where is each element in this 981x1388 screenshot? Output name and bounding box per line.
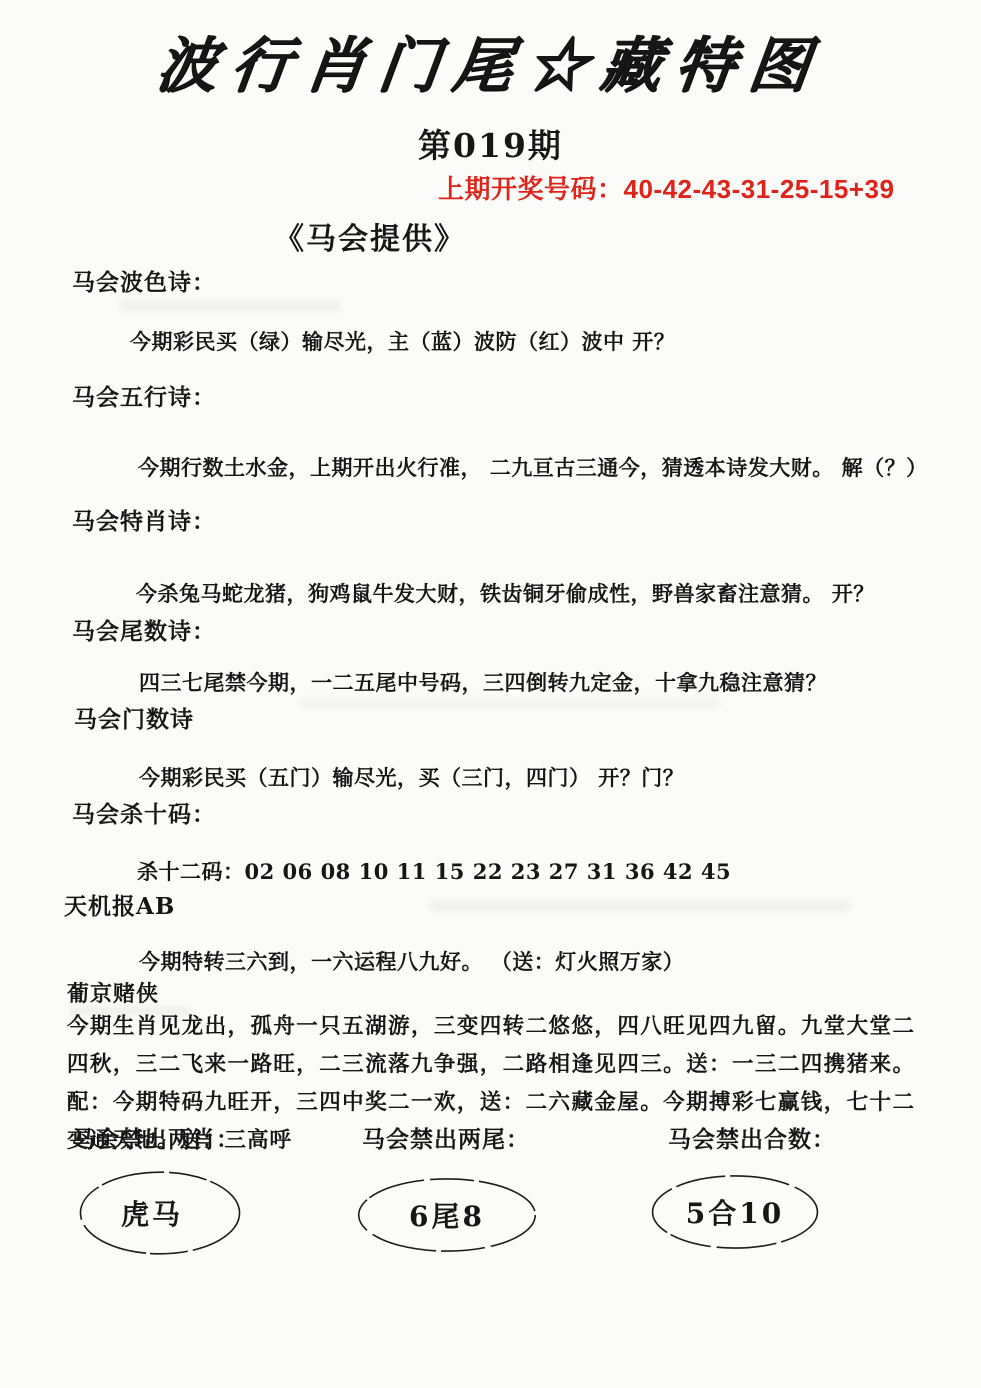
ban-label-two-zodiacs: 马会禁出两肖：	[72, 1121, 240, 1154]
banned-sum-oval: 5合10	[650, 1174, 820, 1250]
poem-line-wave-color: 今期彩民买（绿）输尽光，主（蓝）波防（红）波中 开？	[130, 326, 675, 356]
poem-line-special-zodiac: 今杀兔马蛇龙猪，狗鸡鼠牛发大财，铁齿铜牙偷成性，野兽家畜注意猜。 开？	[136, 578, 875, 608]
sheet-title: 波行肖门尾☆藏特图	[0, 18, 981, 104]
killed-codes-list: 杀十二码：02 06 08 10 11 15 22 23 27 31 36 42…	[137, 856, 731, 886]
ban-label-sum-number: 马会禁出合数：	[668, 1121, 836, 1154]
scan-noise	[430, 900, 850, 912]
banned-zodiacs-value: 虎马	[121, 1193, 183, 1233]
poem-line-tail-number: 四三七尾禁今期，一二五尾中号码，三四倒转九定金，十拿九稳注意猜？	[139, 667, 827, 697]
section-label-five-elements-poem: 马会五行诗：	[72, 379, 216, 412]
pujing-gambler-label: 葡京赌侠	[67, 977, 159, 1008]
section-label-special-zodiac-poem: 马会特肖诗：	[72, 503, 216, 536]
poem-line-gate-number: 今期彩民买（五门）输尽光，买（三门，四门） 开？门？	[139, 762, 684, 792]
section-label-gate-number-poem: 马会门数诗	[74, 701, 194, 734]
section-label-killed-codes: 马会杀十码：	[72, 796, 216, 829]
scan-noise	[120, 300, 340, 312]
section-label-tail-number-poem: 马会尾数诗：	[72, 613, 216, 646]
banned-tails-oval: 6尾8	[356, 1177, 538, 1253]
banned-sum-value: 5合10	[686, 1192, 784, 1232]
banned-tails-value: 6尾8	[409, 1195, 485, 1235]
section-label-wave-color-poem: 马会波色诗：	[72, 264, 216, 297]
ban-label-two-tails: 马会禁出两尾：	[362, 1121, 530, 1154]
scan-noise	[300, 698, 720, 708]
poem-line-five-elements: 今期行数土水金，上期开出火行准， 二九亘古三通今，猜透本诗发大财。 解（？）	[138, 452, 928, 482]
tianji-report-line: 今期特转三六到，一六运程八九好。 （送：灯火照万家）	[139, 946, 684, 976]
banned-zodiacs-oval: 虎马	[78, 1170, 242, 1256]
last-draw-numbers: 上期开奖号码：40-42-43-31-25-15+39	[438, 169, 894, 206]
issue-number: 第019期	[0, 120, 981, 167]
provider-note: 《马会提供》	[274, 214, 466, 258]
section-label-tianji-report: 天机报AB	[64, 888, 175, 921]
tip-sheet-page: 波行肖门尾☆藏特图 第019期 上期开奖号码：40-42-43-31-25-15…	[0, 0, 981, 1388]
